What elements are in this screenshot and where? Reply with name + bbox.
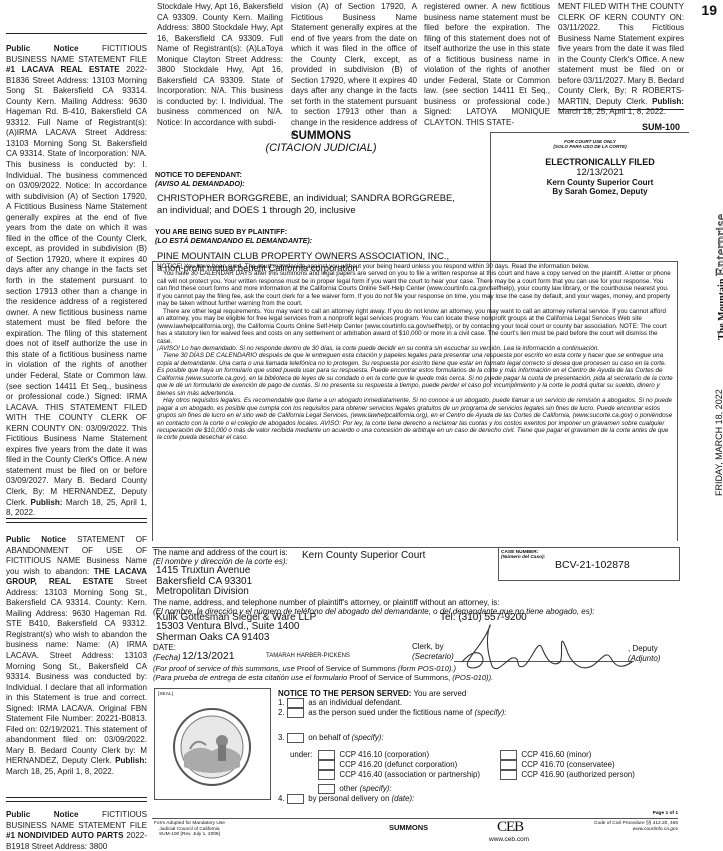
notice-en-3: There are other legal requirements. You … bbox=[157, 308, 673, 345]
clerk-label: Clerk, by (Secretario) bbox=[412, 642, 454, 662]
case-number: BCV-21-102878 bbox=[555, 559, 630, 571]
notice-lead: Public Notice bbox=[6, 44, 79, 53]
checkbox-individual[interactable] bbox=[287, 698, 304, 708]
notice-en-2: You have 30 CALENDAR DAYS after this sum… bbox=[157, 270, 673, 307]
continued-notice-col5: MENT FILED WITH THE COUNTY CLERK OF KERN… bbox=[558, 2, 684, 118]
checkbox-ccp-416-10[interactable] bbox=[318, 750, 335, 760]
checkbox-on-behalf[interactable] bbox=[287, 733, 304, 743]
dateline: FRIDAY, MARCH 18, 2022 bbox=[714, 389, 723, 496]
ceb-logo: CEB bbox=[497, 819, 523, 836]
page-of: Page 1 of 1 bbox=[653, 811, 678, 816]
summons-subtitle: (CITACION JUDICIAL) bbox=[152, 142, 490, 154]
proof-of-service-note: (For proof of service of this summons, u… bbox=[153, 664, 493, 683]
seal-box: [SEAL] bbox=[154, 688, 271, 800]
legal-notice-box: NOTICE! You have been sued. The court ma… bbox=[152, 261, 678, 541]
checkbox-personal-delivery[interactable] bbox=[287, 794, 304, 804]
notice-divider bbox=[6, 518, 147, 523]
ceb-url: www.ceb.com bbox=[489, 836, 529, 843]
notice-divider bbox=[6, 797, 147, 802]
footer-rule bbox=[152, 818, 678, 819]
page-number: 19 bbox=[701, 2, 717, 18]
defendant-label: NOTICE TO DEFENDANT: (AVISO AL DEMANDADO… bbox=[155, 170, 245, 188]
notice-en-1: NOTICE! You have been sued. The court ma… bbox=[157, 263, 673, 270]
form-id: SUM-100 bbox=[642, 122, 680, 132]
column-rule bbox=[6, 33, 147, 34]
checkbox-other[interactable] bbox=[318, 784, 335, 794]
column-rule bbox=[558, 109, 684, 110]
public-notice-nondivided-auto-parts: Public Notice FICTITIOUS BUSINESS NAME S… bbox=[6, 810, 147, 851]
code-citation: Code of Civil Procedure §§ 412.20, 465 w… bbox=[594, 821, 678, 832]
summons-form: SUM-100 SUMMONS (CITACION JUDICIAL) FOR … bbox=[152, 126, 688, 848]
checkbox-ccp-416-40[interactable] bbox=[318, 770, 335, 780]
checkbox-ccp-416-70[interactable] bbox=[500, 760, 517, 770]
deputy-label: , Deputy (Adjunto) bbox=[628, 644, 660, 664]
date-label: DATE: (Fecha) bbox=[153, 643, 181, 663]
footer-title: SUMMONS bbox=[389, 823, 428, 832]
checkbox-ccp-416-90[interactable] bbox=[500, 770, 517, 780]
checkbox-ccp-416-60[interactable] bbox=[500, 750, 517, 760]
form-adopted: Form Adopted for Mandatory Use Judicial … bbox=[154, 821, 225, 838]
masthead-logo: Enterprise bbox=[714, 214, 723, 277]
plaintiff-label: YOU ARE BEING SUED BY PLAINTIFF: (LO EST… bbox=[155, 227, 312, 245]
efiled-stamp: ELECTRONICALLY FILED 12/13/2021 Kern Cou… bbox=[491, 157, 689, 196]
court-address: 1415 Truxtun Avenue Bakersfield CA 93301… bbox=[156, 566, 252, 598]
continued-notice-col2: Stockdale Hwy, Apt 16, Bakersfield CA 93… bbox=[157, 2, 283, 129]
case-number-box: CASE NUMBER: (Número del Caso): BCV-21-1… bbox=[498, 547, 680, 581]
public-notice-abandonment: Public Notice STATEMENT OF ABANDONMENT O… bbox=[6, 535, 147, 778]
masthead: The Mountain Enterprise bbox=[714, 214, 723, 340]
clerk-name: TAMARAH HARBER-PICKENS bbox=[266, 653, 350, 659]
notice-es-2: Tiene 30 DÍAS DE CALENDARIO después de q… bbox=[157, 352, 673, 397]
defendant-names: CHRISTOPHER BORGGREBE, an individual; SA… bbox=[157, 192, 455, 216]
court-name: Kern County Superior Court bbox=[302, 550, 425, 561]
court-seal-icon bbox=[172, 707, 252, 787]
person-served-section: NOTICE TO THE PERSON SERVED: You are ser… bbox=[278, 689, 678, 804]
checkbox-ccp-416-20[interactable] bbox=[318, 760, 335, 770]
attorney-address: 15303 Ventura Blvd., Suite 1400 Sherman … bbox=[156, 622, 299, 643]
public-notice-lacava-real-estate: Public Notice FICTITIOUS BUSINESS NAME S… bbox=[6, 44, 147, 519]
checkbox-fictitious-name[interactable] bbox=[287, 708, 304, 718]
continued-notice-col3: vision (A) of Section 17920, A Fictitiou… bbox=[291, 2, 417, 139]
date-value: 12/13/2021 bbox=[182, 650, 235, 662]
notice-es-3: Hay otros requisitos legales. Es recomen… bbox=[157, 397, 673, 442]
summons-title: SUMMONS bbox=[152, 130, 490, 142]
continued-notice-col4: registered owner. A new fictitious busin… bbox=[424, 2, 550, 129]
